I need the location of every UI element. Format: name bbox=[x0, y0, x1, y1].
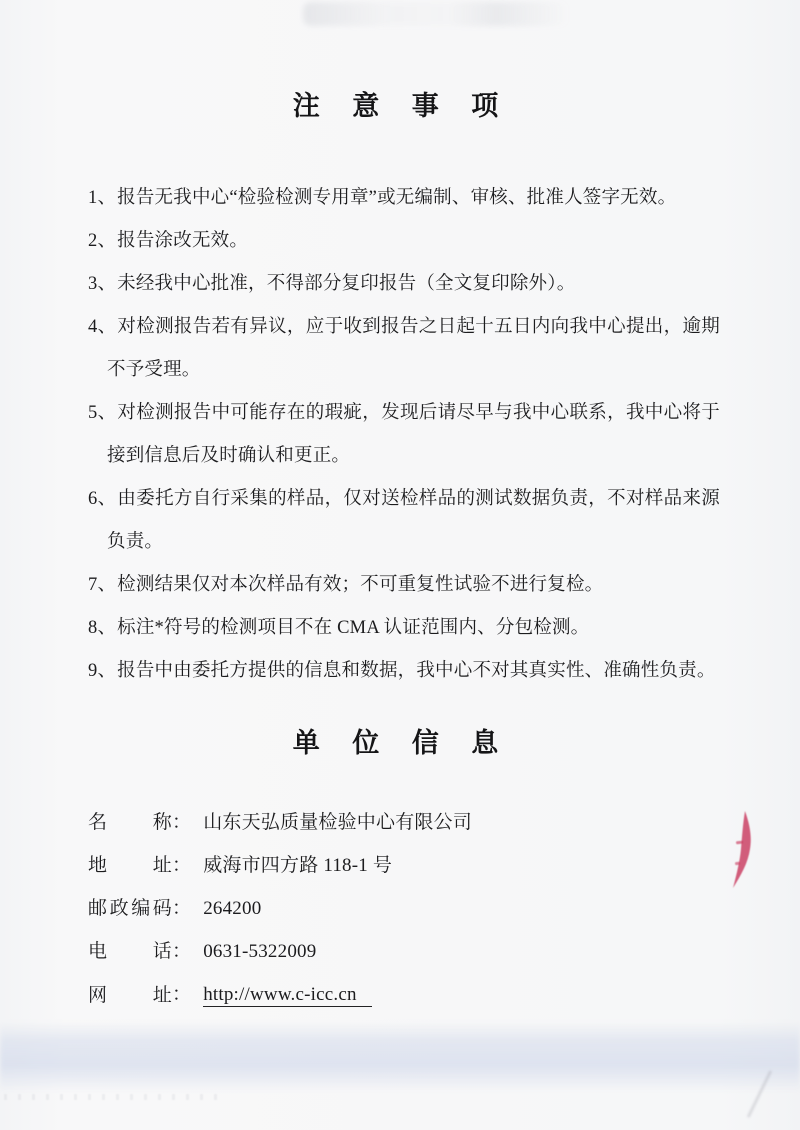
note-item-3: 3、未经我中心批准，不得部分复印报告（全文复印除外）。 bbox=[88, 263, 720, 306]
note-item-6: 6、由委托方自行采集的样品，仅对送检样品的测试数据负责，不对样品来源负责。 bbox=[88, 478, 720, 564]
field-row-website: 网址：http://www.c-icc.cn bbox=[88, 973, 708, 1017]
note-text: 标注*符号的检测项目不在 CMA 认证范围内、分包检测。 bbox=[117, 618, 589, 638]
field-colon: ： bbox=[172, 984, 191, 1005]
field-value-website-url: http://www.c-icc.cn bbox=[203, 984, 371, 1007]
field-row-address: 地址：威海市四方路 118-1 号 bbox=[88, 844, 708, 887]
field-label: 电话 bbox=[88, 930, 172, 973]
field-label: 邮政编码 bbox=[88, 887, 172, 930]
note-text: 对检测报告若有异议，应于收到报告之日起十五日内向我中心提出，逾期不予受理。 bbox=[107, 317, 720, 380]
note-item-1: 1、报告无我中心“检验检测专用章”或无编制、审核、批准人签字无效。 bbox=[88, 177, 720, 220]
stamp-arc bbox=[733, 811, 751, 888]
field-label: 地址 bbox=[88, 844, 172, 887]
field-value-phone: 0631-5322009 bbox=[203, 941, 316, 962]
notes-list: 1、报告无我中心“检验检测专用章”或无编制、审核、批准人签字无效。 2、报告涂改… bbox=[88, 177, 720, 693]
note-number: 6、 bbox=[88, 489, 117, 509]
unit-info-fields: 名称：山东天弘质量检验中心有限公司 地址：威海市四方路 118-1 号 邮政编码… bbox=[88, 801, 708, 1017]
note-text: 对检测报告中可能存在的瑕疵，发现后请尽早与我中心联系，我中心将于接到信息后及时确… bbox=[107, 403, 720, 466]
scan-noise-specks bbox=[4, 1094, 224, 1100]
field-label: 网址 bbox=[88, 974, 172, 1017]
scanned-document-page: 注 意 事 项 1、报告无我中心“检验检测专用章”或无编制、审核、批准人签字无效… bbox=[0, 0, 800, 1130]
note-item-7: 7、检测结果仅对本次样品有效；不可重复性试验不进行复检。 bbox=[88, 564, 720, 607]
note-item-2: 2、报告涂改无效。 bbox=[88, 220, 720, 263]
notes-title: 注 意 事 项 bbox=[0, 91, 800, 121]
field-colon: ： bbox=[172, 812, 191, 833]
note-text: 报告无我中心“检验检测专用章”或无编制、审核、批准人签字无效。 bbox=[117, 188, 676, 208]
field-row-name: 名称：山东天弘质量检验中心有限公司 bbox=[88, 801, 708, 844]
field-colon: ： bbox=[172, 898, 191, 919]
note-number: 9、 bbox=[88, 661, 117, 681]
field-value-address: 威海市四方路 118-1 号 bbox=[203, 855, 392, 876]
note-text: 未经我中心批准，不得部分复印报告（全文复印除外）。 bbox=[117, 274, 575, 294]
note-number: 7、 bbox=[88, 575, 117, 595]
unit-info-title: 单 位 信 息 bbox=[0, 728, 800, 758]
note-number: 4、 bbox=[88, 317, 117, 337]
scan-bleedthrough-artifact bbox=[303, 2, 571, 26]
field-value-company-name: 山东天弘质量检验中心有限公司 bbox=[203, 812, 472, 833]
note-text: 检测结果仅对本次样品有效；不可重复性试验不进行复检。 bbox=[117, 575, 603, 595]
field-value-postcode: 264200 bbox=[203, 898, 261, 919]
note-item-9: 9、报告中由委托方提供的信息和数据，我中心不对其真实性、准确性负责。 bbox=[88, 650, 720, 693]
field-colon: ： bbox=[172, 941, 191, 962]
note-number: 2、 bbox=[88, 231, 117, 251]
note-number: 8、 bbox=[88, 618, 117, 638]
note-text: 报告中由委托方提供的信息和数据，我中心不对其真实性、准确性负责。 bbox=[117, 661, 715, 681]
note-item-8: 8、标注*符号的检测项目不在 CMA 认证范围内、分包检测。 bbox=[88, 607, 720, 650]
note-number: 5、 bbox=[88, 403, 117, 423]
note-number: 3、 bbox=[88, 274, 117, 294]
field-label: 名称 bbox=[88, 801, 172, 844]
note-text: 报告涂改无效。 bbox=[117, 231, 248, 251]
red-stamp-edge-artifact bbox=[724, 804, 760, 900]
note-number: 1、 bbox=[88, 188, 117, 208]
note-item-4: 4、对检测报告若有异议，应于收到报告之日起十五日内向我中心提出，逾期不予受理。 bbox=[88, 306, 720, 392]
scan-shadow-band bbox=[0, 1022, 800, 1092]
field-row-postcode: 邮政编码：264200 bbox=[88, 887, 708, 930]
note-item-5: 5、对检测报告中可能存在的瑕疵，发现后请尽早与我中心联系，我中心将于接到信息后及… bbox=[88, 392, 720, 478]
note-text: 由委托方自行采集的样品，仅对送检样品的测试数据负责，不对样品来源负责。 bbox=[107, 489, 720, 552]
field-row-phone: 电话：0631-5322009 bbox=[88, 930, 708, 973]
field-colon: ： bbox=[172, 855, 191, 876]
